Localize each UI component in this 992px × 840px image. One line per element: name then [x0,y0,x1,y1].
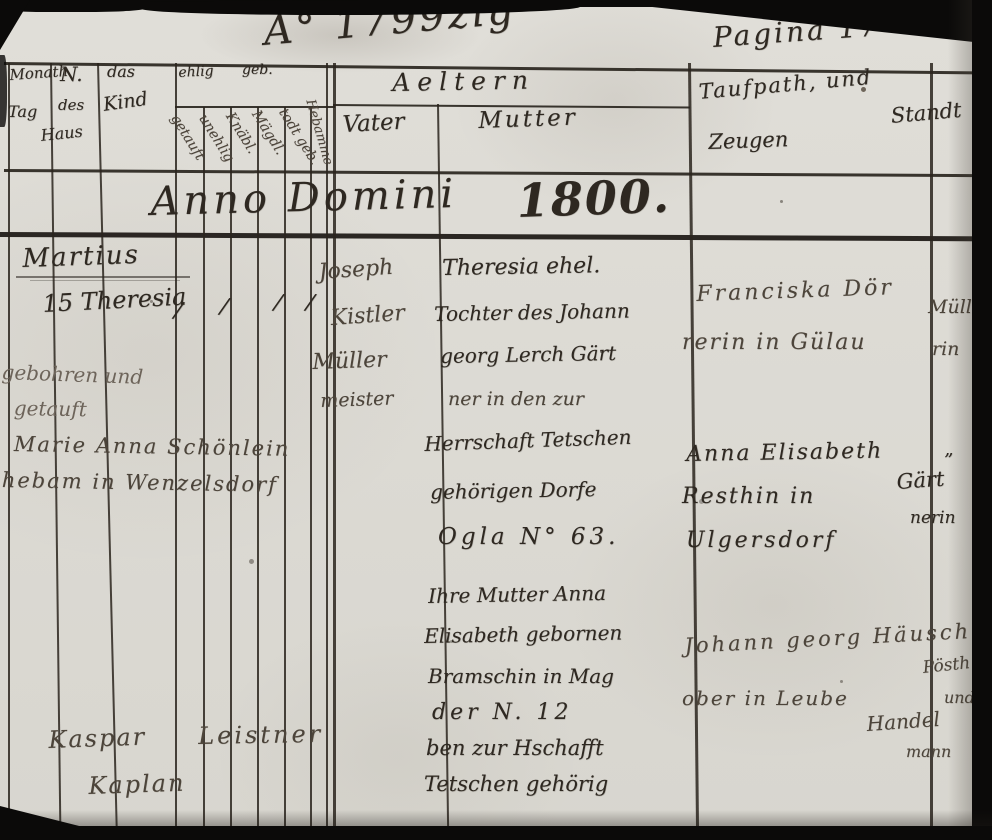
tick-mark-4: ∕ [305,292,315,315]
father-line-4: meister [320,389,394,411]
header-houseno-line2: des [58,98,84,113]
godparent1-line1: Franciska Dör [696,277,894,306]
mother-line-4: ner in den zur [448,390,584,409]
father-line-3: Müller [312,349,387,374]
godparent2-line2: Resthin in [682,486,815,508]
godparent2-stand-line1: Gärt [896,469,945,493]
mother-line-13: Tetschen gehörig [424,774,608,795]
tick-mark-1: ∕ [173,300,183,323]
godparent3-line1: Johann georg Häusch [684,621,972,657]
mother-line-3: georg Lerch Gärt [440,343,616,366]
entry-day-and-child: 15 Theresia [42,284,187,315]
godparent1-line2: rerin in Gülau [682,332,867,354]
father-line-1: Joseph [318,257,394,284]
scan-edge-bottom-shadow [0,810,992,826]
anno-domini-year: 1800. [516,173,672,224]
godparent3-stand-line3: Handel [866,709,940,734]
grid-line-header-bottom [4,169,976,177]
header-day: Tag [8,104,37,120]
scan-edge-top-left-wedge [0,0,30,50]
godparent3-stand-line4: mann [906,744,951,760]
header-child-line2: Kind [102,90,149,115]
father-line-2: Kistler [330,303,406,330]
mother-line-11: der N. 12 [432,702,572,724]
header-houseno-line3: Haus [40,124,83,144]
header-born-abbrev: geb. [242,63,273,77]
mother-line-9: Elisabeth gebornen [424,623,622,646]
mother-line-10: Bramschin in Mag [428,666,614,686]
scan-edge-bottom-band [0,826,992,840]
mother-line-12: ben zur Hschafft [426,738,604,759]
paper-speckles [600,350,603,353]
anno-domini-heading: Anno Domini [150,174,458,222]
header-child-line1: das [107,64,135,80]
tick-mark-2: ∕ [219,296,229,319]
mother-line-5: Herrschaft Tetschen [424,427,632,454]
grid-line-anno-separator [0,232,992,241]
entry-status-line2: getauft [14,398,87,419]
header-parents-group: Aeltern [392,68,535,95]
header-legitimate: ehlig [178,64,214,80]
godparent2-line3: Ulgersdorf [686,530,836,552]
header-mother: Mutter [478,107,578,133]
priest-last-name: Leistner [198,722,323,748]
header-father: Vater [342,111,405,137]
midwife-line1: Marie Anna Schönlein [14,434,291,460]
godparent3-line2: ober in Leube [682,688,849,708]
priest-first-name: Kaspar [48,725,146,752]
midwife-line2: hebam in Wenzelsdorf [2,470,278,496]
register-page: A° 1799zig Pagina 17 Monath Tag N. des H… [0,0,992,840]
scan-edge-right-band [972,0,992,840]
scan-edge-left-smudge [0,55,7,127]
mother-line-6: gehörigen Dorfe [430,479,597,502]
priest-title: Kaplan [88,771,186,798]
header-houseno-line1: N. [60,64,83,84]
scan-edge-right-shadow [948,0,974,840]
mother-line-8: Ihre Mutter Anna [428,583,606,606]
tick-mark-3: ∕ [273,292,283,315]
mother-line-7: Ogla N° 63. [438,526,619,549]
mother-line-1: Theresia ehel. [442,255,600,280]
header-godparents-line2: Zeugen [708,129,789,153]
mother-line-2: Tochter des Johann [434,301,630,324]
grid-col-left-edge [8,63,10,827]
godparent2-line1: Anna Elisabeth [686,441,883,466]
entry-status-line1: gebohren und [1,362,143,387]
header-godparents-line1: Taufpath, und [698,67,873,103]
entry-month: Martius [22,242,140,272]
